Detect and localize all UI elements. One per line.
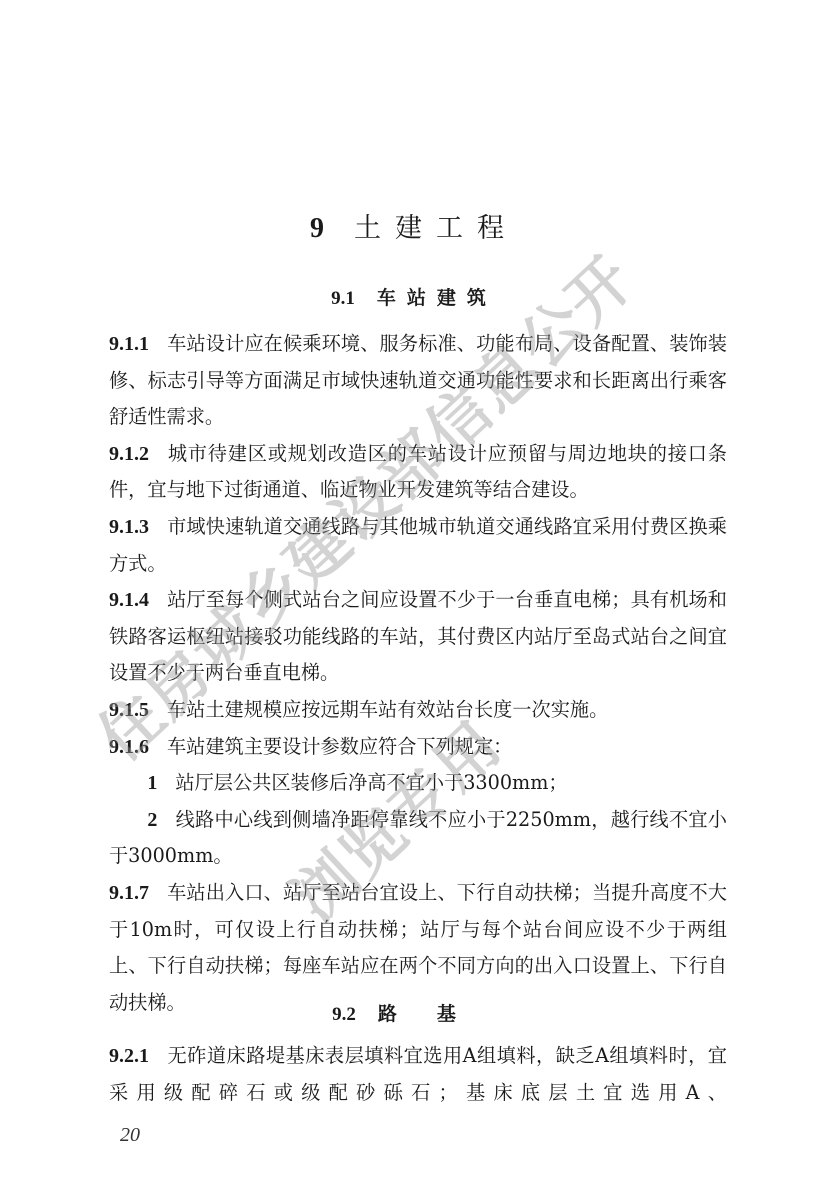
clause-number: 9.1.5 — [109, 699, 149, 721]
clause-text: 城市待建区或规划改造区的车站设计应预留与周边地块的接口条件，宜与地下过街通道、临… — [109, 442, 727, 502]
clause-9-1-5: 9.1.5车站土建规模应按远期车站有效站台长度一次实施。 — [109, 692, 727, 729]
section-body-9-1: 9.1.1车站设计应在候乘环境、服务标准、功能布局、设备配置、装饰装修、标志引导… — [109, 326, 727, 1021]
item-number: 2 — [147, 809, 157, 831]
page-number: 20 — [120, 1124, 140, 1147]
document-page: 9土建工程 9.1车站建筑 9.1.1车站设计应在候乘环境、服务标准、功能布局、… — [0, 0, 828, 1198]
section-title-9-2: 9.2路基 — [0, 999, 828, 1026]
clause-text: 车站建筑主要设计参数应符合下列规定： — [167, 735, 512, 758]
clause-number: 9.1.4 — [109, 589, 149, 611]
clause-text: 市域快速轨道交通线路与其他城市轨道交通线路宜采用付费区换乘方式。 — [109, 515, 727, 575]
item-text: 线路中心线到侧墙净距停靠线不应小于2250mm，越行线不宜小于3000mm。 — [109, 808, 727, 868]
section-body-9-2: 9.2.1无砟道床路堤基床表层填料宜选用A组填料，缺乏A组填料时，宜采用级配碎石… — [109, 1038, 727, 1111]
clause-number: 9.1.7 — [109, 882, 149, 904]
clause-number: 9.1.2 — [109, 443, 149, 465]
clause-number: 9.1.1 — [109, 333, 149, 355]
section-title-text: 车站建筑 — [377, 287, 497, 309]
section-number: 9.2 — [332, 1004, 356, 1025]
section-title-9-1: 9.1车站建筑 — [0, 283, 828, 310]
chapter-title-text: 土建工程 — [354, 213, 518, 244]
clause-text: 站厅至每个侧式站台之间应设置不少于一台垂直电梯；具有机场和铁路客运枢纽站接驳功能… — [109, 588, 727, 684]
clause-number: 9.1.6 — [109, 736, 149, 758]
clause-9-1-6-item-2: 2线路中心线到侧墙净距停靠线不应小于2250mm，越行线不宜小于3000mm。 — [109, 802, 727, 875]
clause-9-1-3: 9.1.3市域快速轨道交通线路与其他城市轨道交通线路宜采用付费区换乘方式。 — [109, 509, 727, 582]
chapter-title: 9土建工程 — [0, 206, 828, 245]
clause-text: 车站设计应在候乘环境、服务标准、功能布局、设备配置、装饰装修、标志引导等方面满足… — [109, 332, 727, 428]
clause-number: 9.2.1 — [109, 1045, 149, 1067]
clause-number: 9.1.3 — [109, 516, 149, 538]
item-text: 站厅层公共区装修后净高不宜小于3300mm； — [175, 771, 567, 794]
clause-text: 无砟道床路堤基床表层填料宜选用A组填料，缺乏A组填料时，宜采用级配碎石或级配砂砾… — [109, 1044, 727, 1104]
section-number: 9.1 — [331, 288, 355, 309]
clause-text: 车站土建规模应按远期车站有效站台长度一次实施。 — [167, 698, 608, 721]
item-number: 1 — [147, 772, 157, 794]
clause-9-1-4: 9.1.4站厅至每个侧式站台之间应设置不少于一台垂直电梯；具有机场和铁路客运枢纽… — [109, 582, 727, 692]
clause-9-1-6-item-1: 1站厅层公共区装修后净高不宜小于3300mm； — [109, 765, 727, 802]
clause-9-1-2: 9.1.2城市待建区或规划改造区的车站设计应预留与周边地块的接口条件，宜与地下过… — [109, 436, 727, 509]
clause-text: 车站出入口、站厅至站台宜设上、下行自动扶梯；当提升高度不大于10m时，可仅设上行… — [109, 881, 727, 1014]
clause-9-2-1: 9.2.1无砟道床路堤基床表层填料宜选用A组填料，缺乏A组填料时，宜采用级配碎石… — [109, 1038, 727, 1111]
clause-9-1-1: 9.1.1车站设计应在候乘环境、服务标准、功能布局、设备配置、装饰装修、标志引导… — [109, 326, 727, 436]
clause-9-1-6: 9.1.6车站建筑主要设计参数应符合下列规定： — [109, 729, 727, 766]
chapter-number: 9 — [310, 213, 324, 244]
section-title-text: 路基 — [378, 1003, 496, 1025]
